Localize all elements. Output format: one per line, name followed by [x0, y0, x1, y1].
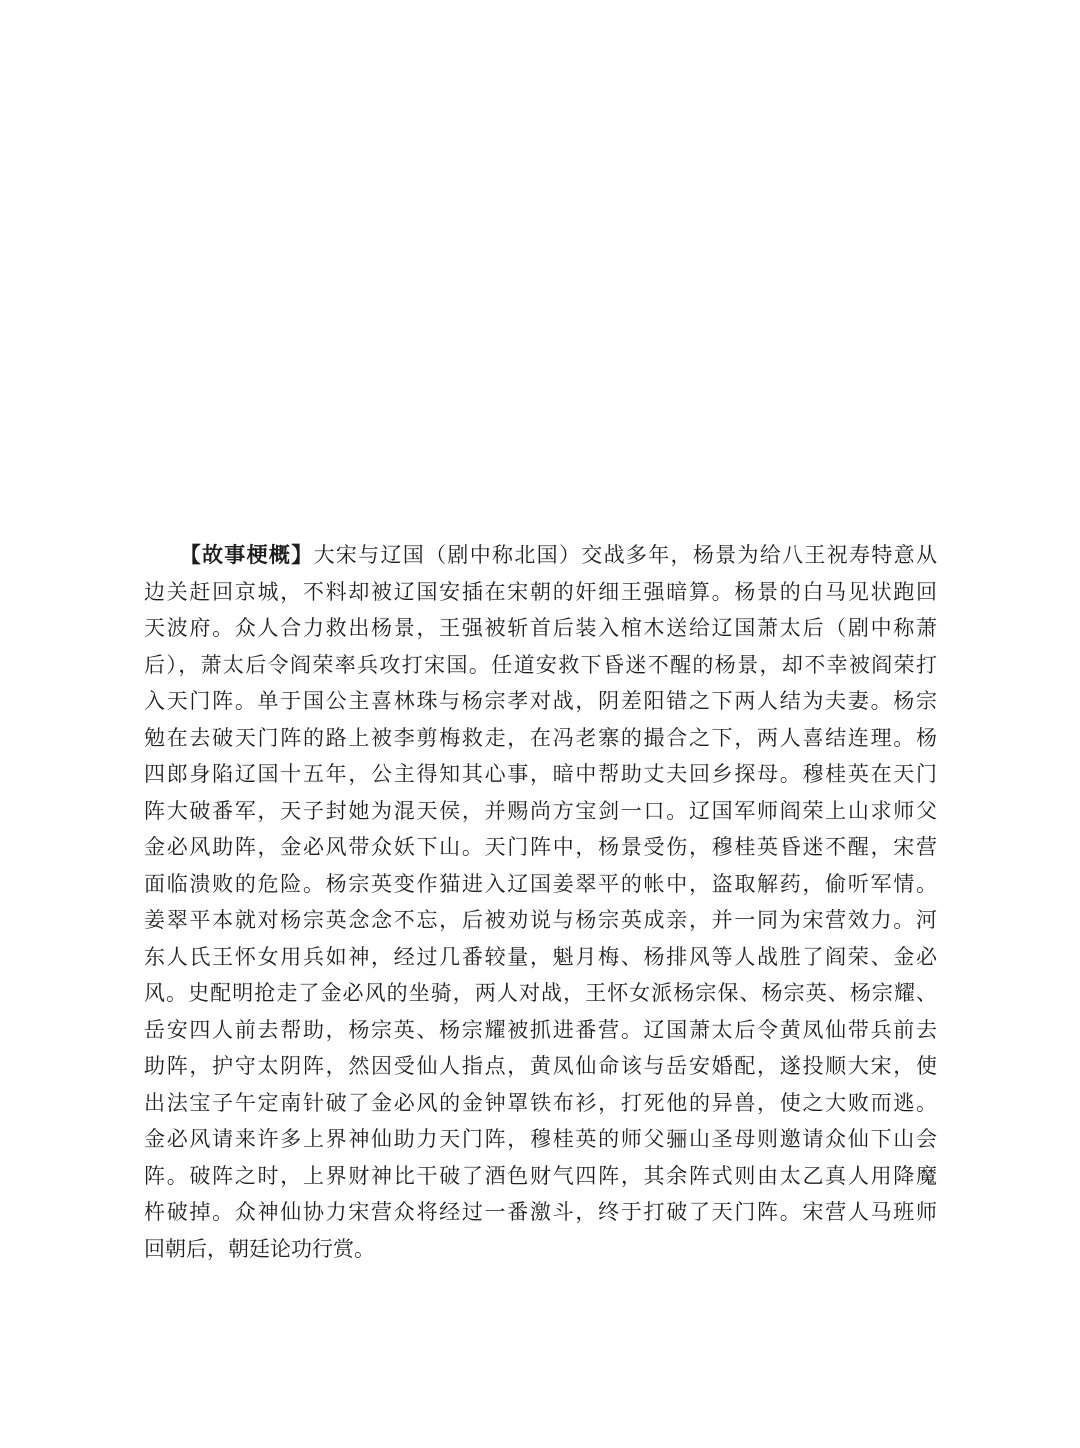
synopsis-line-11: 姜翠平本就对杨宗英念念不忘，后被劝说与杨宗英成亲，并一同为宋营效力。河	[144, 902, 937, 939]
document-page: 【故事梗概】大宋与辽国（剧中称北国）交战多年，杨景为给八王祝寿特意从 边关赶回京…	[0, 0, 1080, 1448]
synopsis-line-4: 后），萧太后令阎荣率兵攻打宋国。任道安救下昏迷不醒的杨景，却不幸被阎荣打	[144, 647, 937, 684]
synopsis-line-13: 风。史配明抢走了金必风的坐骑，两人对战，王怀女派杨宗保、杨宗英、杨宗耀、	[144, 975, 937, 1012]
synopsis-line-1: 【故事梗概】大宋与辽国（剧中称北国）交战多年，杨景为给八王祝寿特意从	[144, 537, 937, 574]
synopsis-heading: 【故事梗概】	[180, 544, 314, 567]
synopsis-line-3: 天波府。众人合力救出杨景，王强被斩首后装入棺木送给辽国萧太后（剧中称萧	[144, 610, 937, 647]
synopsis-line-16: 出法宝子午定南针破了金必风的金钟罩铁布衫，打死他的异兽，使之大败而逃。	[144, 1085, 937, 1122]
synopsis-paragraph: 【故事梗概】大宋与辽国（剧中称北国）交战多年，杨景为给八王祝寿特意从 边关赶回京…	[144, 537, 937, 1267]
synopsis-line-20: 回朝后，朝廷论功行赏。	[144, 1231, 937, 1268]
synopsis-line-1-text: 大宋与辽国（剧中称北国）交战多年，杨景为给八王祝寿特意从	[314, 543, 937, 567]
synopsis-line-10: 面临溃败的危险。杨宗英变作猫进入辽国姜翠平的帐中，盗取解药，偷听军情。	[144, 866, 937, 903]
synopsis-line-14: 岳安四人前去帮助，杨宗英、杨宗耀被抓进番营。辽国萧太后令黄凤仙带兵前去	[144, 1012, 937, 1049]
synopsis-line-12: 东人氏王怀女用兵如神，经过几番较量，魁月梅、杨排风等人战胜了阎荣、金必	[144, 939, 937, 976]
synopsis-line-8: 阵大破番军，天子封她为混天侯，并赐尚方宝剑一口。辽国军师阎荣上山求师父	[144, 793, 937, 830]
synopsis-line-5: 入天门阵。单于国公主喜林珠与杨宗孝对战，阴差阳错之下两人结为夫妻。杨宗	[144, 683, 937, 720]
synopsis-line-9: 金必风助阵，金必风带众妖下山。天门阵中，杨景受伤，穆桂英昏迷不醒，宋营	[144, 829, 937, 866]
synopsis-line-6: 勉在去破天门阵的路上被李剪梅救走，在冯老寨的撮合之下，两人喜结连理。杨	[144, 720, 937, 757]
synopsis-line-2: 边关赶回京城，不料却被辽国安插在宋朝的奸细王强暗算。杨景的白马见状跑回	[144, 574, 937, 611]
synopsis-line-18: 阵。破阵之时，上界财神比干破了酒色财气四阵，其余阵式则由太乙真人用降魔	[144, 1158, 937, 1195]
synopsis-line-7: 四郎身陷辽国十五年，公主得知其心事，暗中帮助丈夫回乡探母。穆桂英在天门	[144, 756, 937, 793]
synopsis-line-19: 杵破掉。众神仙协力宋营众将经过一番激斗，终于打破了天门阵。宋营人马班师	[144, 1194, 937, 1231]
synopsis-line-17: 金必风请来许多上界神仙助力天门阵，穆桂英的师父骊山圣母则邀请众仙下山会	[144, 1121, 937, 1158]
synopsis-line-15: 助阵，护守太阴阵，然因受仙人指点，黄凤仙命该与岳安婚配，遂投顺大宋，使	[144, 1048, 937, 1085]
